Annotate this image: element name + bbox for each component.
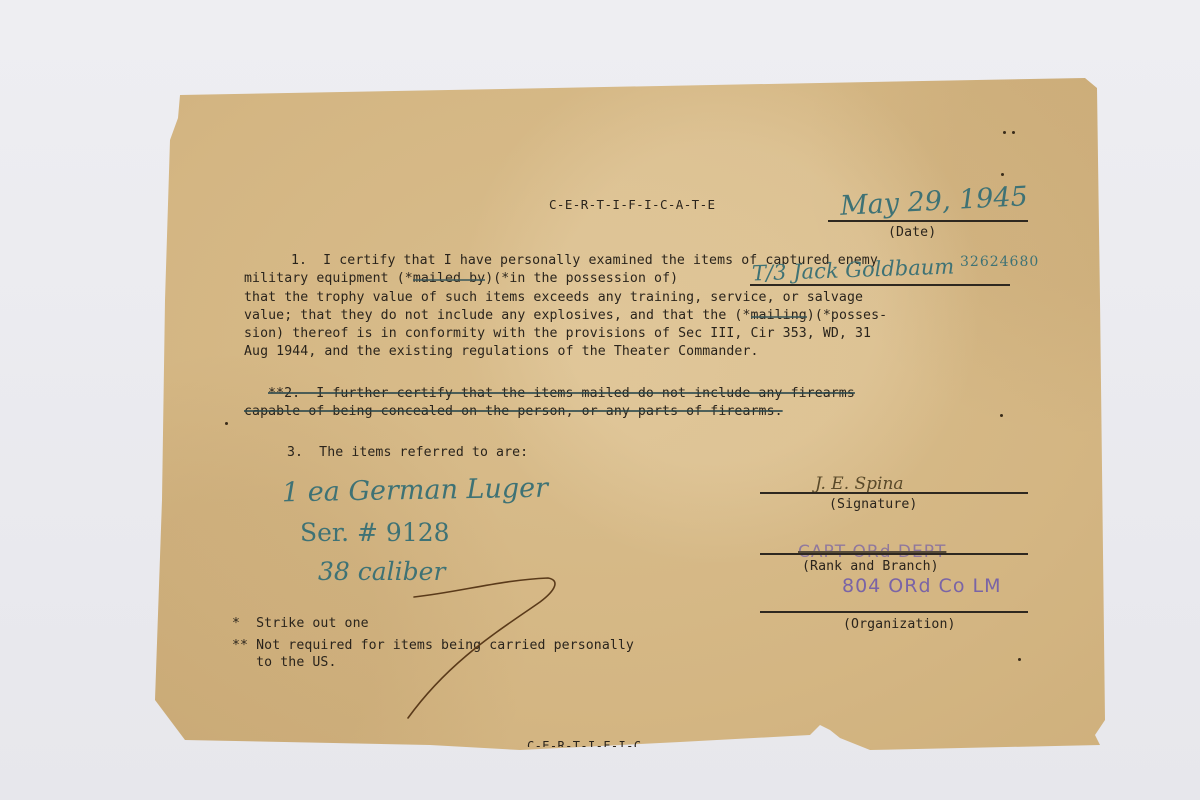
item-line-2: Ser. # 9128 xyxy=(300,518,450,547)
para2-line1: **2. I further certify that the items ma… xyxy=(268,385,855,403)
item-line-1: 1 ea German Luger xyxy=(282,473,549,509)
footnote-2: ** Not required for items being carried … xyxy=(232,637,634,655)
rank-line xyxy=(760,553,1028,555)
struck-mailing: mailing xyxy=(751,308,807,323)
para1-line6: Aug 1944, and the existing regulations o… xyxy=(244,343,759,361)
possessor-line xyxy=(750,284,1010,286)
signature-line xyxy=(760,492,1028,494)
certificate-title: C-E-R-T-I-F-I-C-A-T-E xyxy=(549,196,715,214)
struck-mailed-by: mailed by xyxy=(413,271,485,286)
footnote-1: * Strike out one xyxy=(232,615,369,633)
signature-label: (Signature) xyxy=(829,496,917,514)
rank-label: (Rank and Branch) xyxy=(802,558,939,576)
possessor-serial-handwritten: 32624680 xyxy=(960,254,1039,270)
para1-line4: value; that they do not include any expl… xyxy=(244,307,887,325)
item-line-3: 38 caliber xyxy=(318,557,445,586)
organization-line xyxy=(760,611,1028,613)
para1-line2-suffix: )(*in the possession of) xyxy=(485,271,678,286)
para2-line2: capable of being concealed on the person… xyxy=(244,403,783,421)
paper-speck xyxy=(1000,414,1003,417)
bottom-title-partial: C-E-R-T-I-F-I-C xyxy=(527,737,641,747)
organization-label: (Organization) xyxy=(843,616,956,634)
paper-speck xyxy=(1018,658,1021,661)
organization-stamp: 804 ORd Co LM xyxy=(842,575,1001,597)
para3-heading: 3. The items referred to are: xyxy=(287,444,528,462)
para1-line4-suffix: )(*posses- xyxy=(807,308,887,323)
date-label: (Date) xyxy=(888,224,936,242)
para1-line3: that the trophy value of such items exce… xyxy=(244,289,863,307)
date-line xyxy=(828,220,1028,222)
paper-speck xyxy=(225,422,228,425)
photo-background: C-E-R-T-I-F-I-C-A-T-E May 29, 1945 (Date… xyxy=(0,0,1200,800)
para1-line4-prefix: value; that they do not include any expl… xyxy=(244,308,751,323)
paper-speck xyxy=(1001,173,1004,176)
signature-handwritten: J. E. Spina xyxy=(815,474,904,494)
footnote-2-continued: to the US. xyxy=(232,654,337,672)
para1-line2: military equipment (*mailed by)(*in the … xyxy=(244,270,678,288)
paper-speck xyxy=(1012,131,1015,134)
paper-speck xyxy=(1003,131,1006,134)
para1-line2-prefix: military equipment (* xyxy=(244,271,413,286)
para1-line5: sion) thereof is in conformity with the … xyxy=(244,325,871,343)
